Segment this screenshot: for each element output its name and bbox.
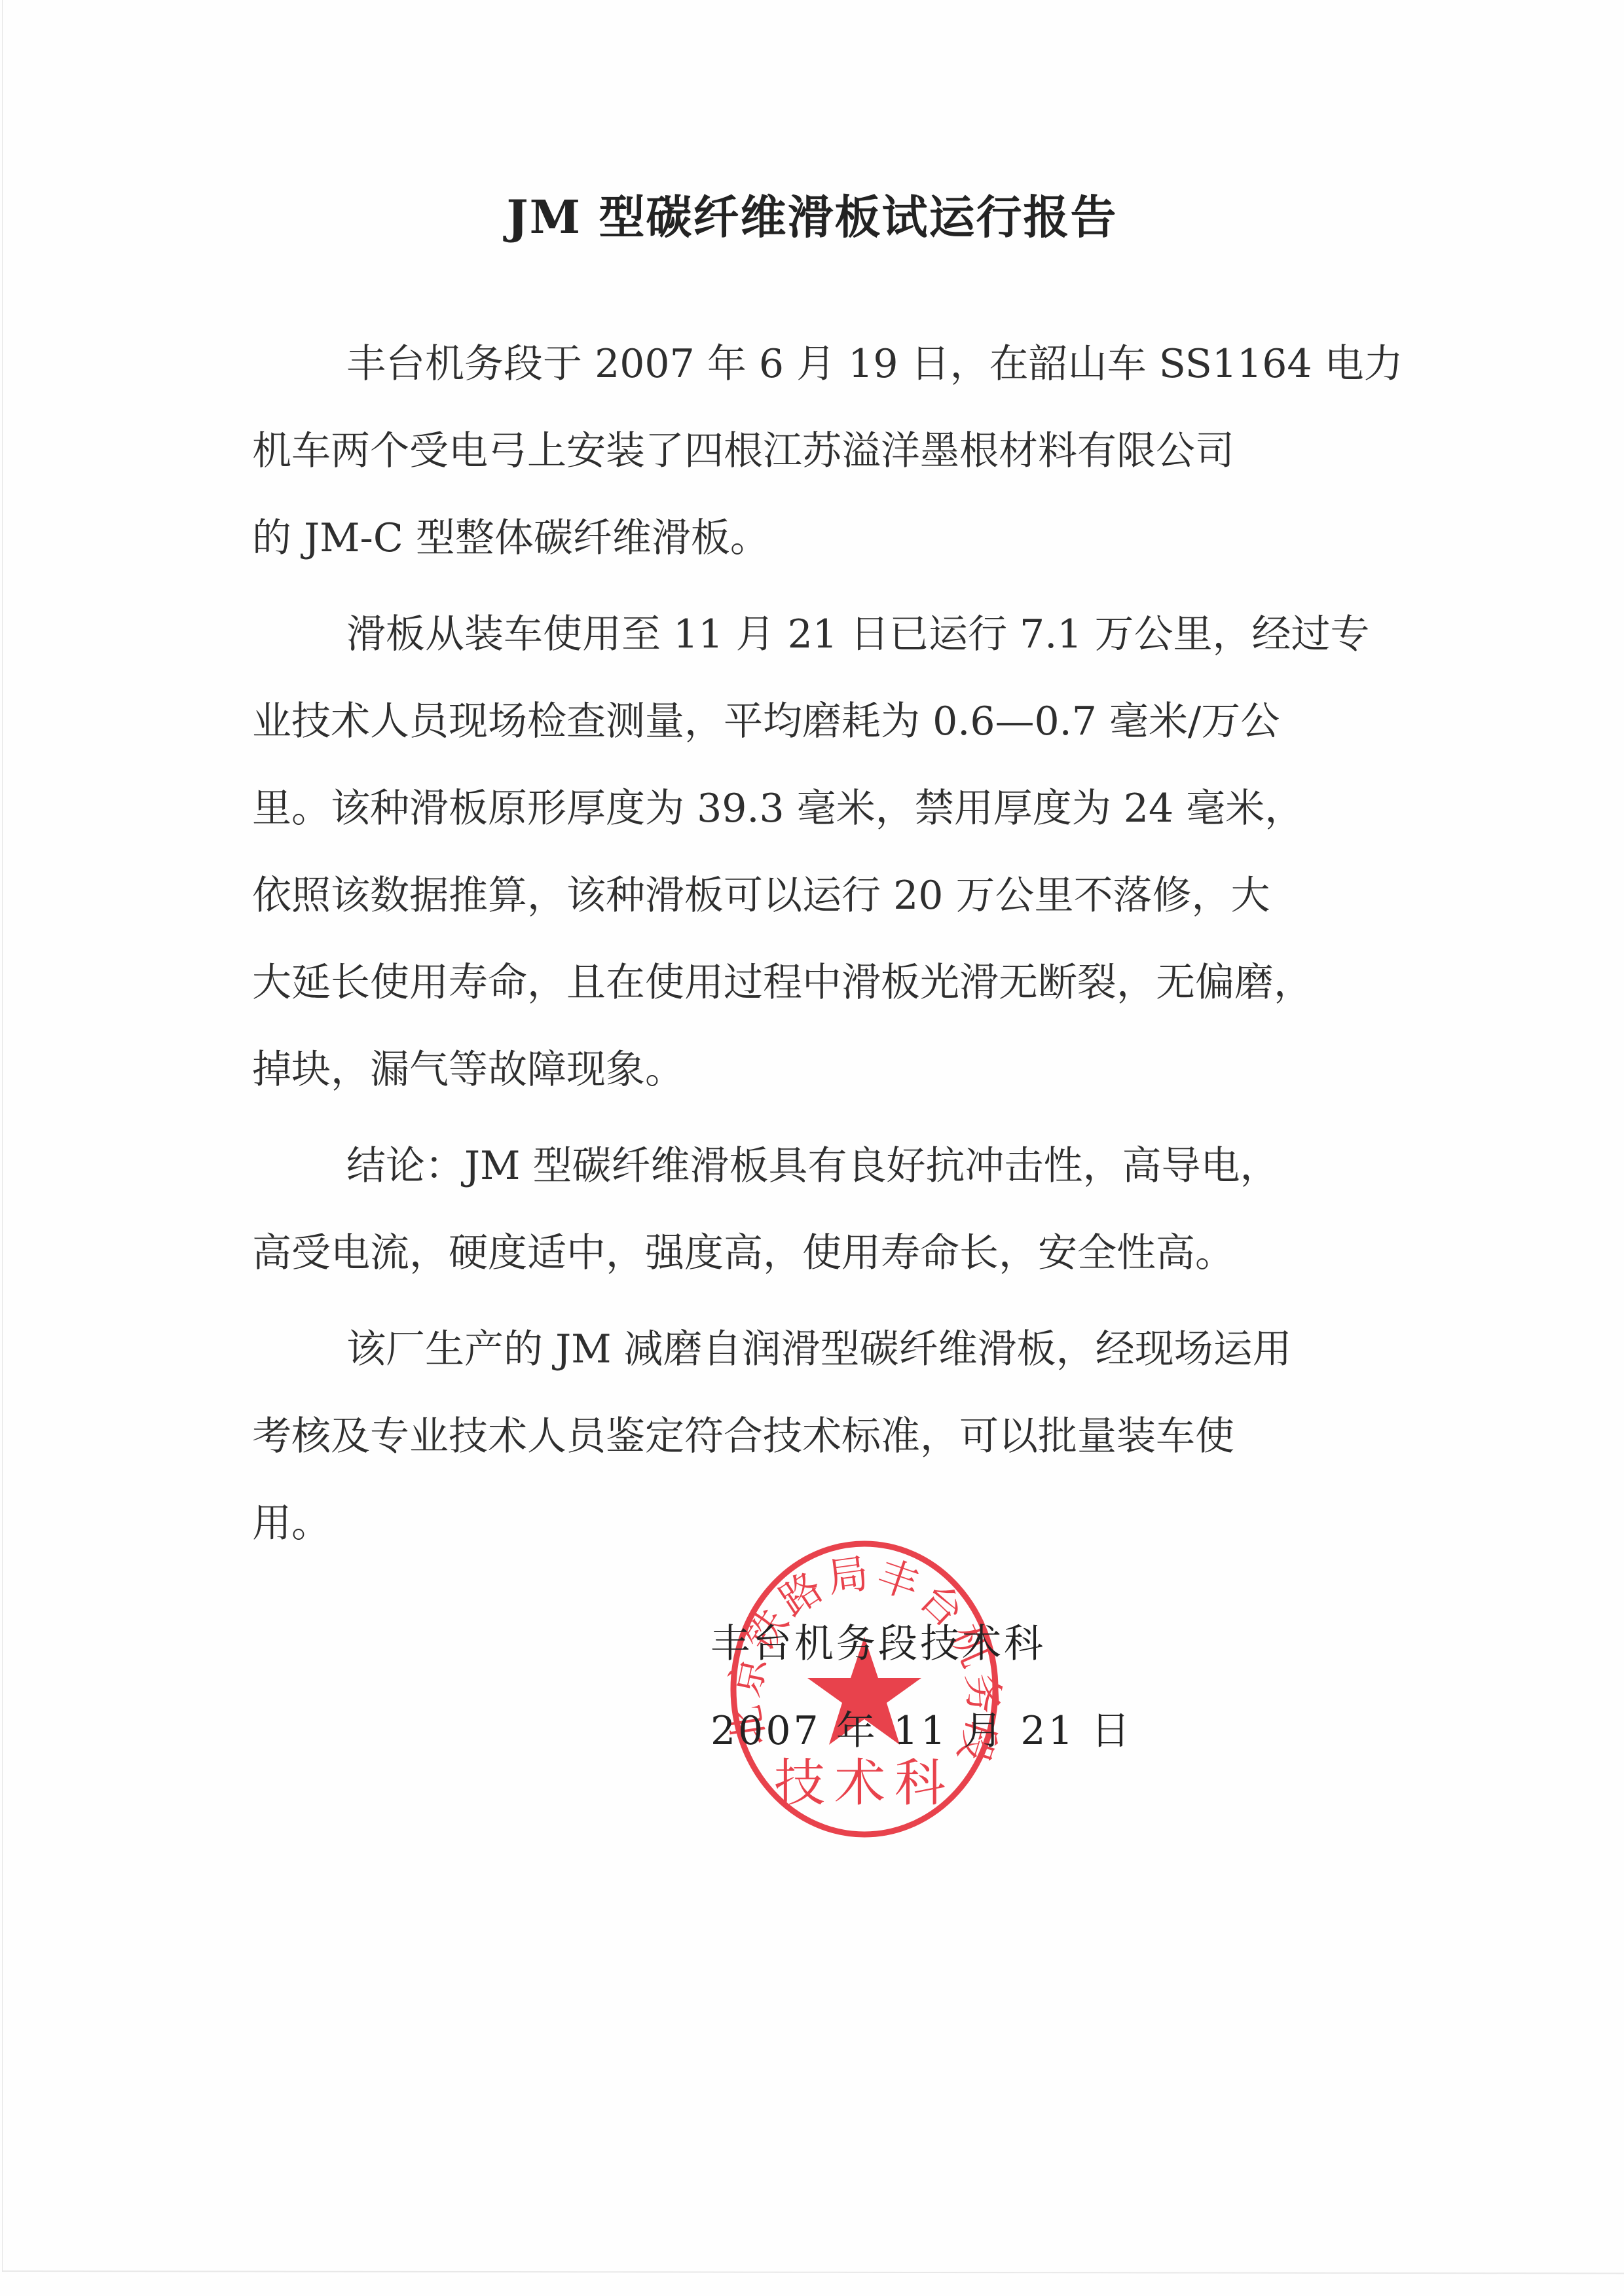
body-line: 大延长使用寿命，且在使用过程中滑板光滑无断裂，无偏磨， [252,939,1388,1027]
scan-edge-bottom [3,2270,1624,2274]
body-line: 高受电流，硬度适中，强度高，使用寿命长，安全性高。 [252,1210,1388,1297]
scan-edge-left [2,0,3,2272]
body-line: 的 JM-C 型整体碳纤维滑板。 [252,495,1388,582]
body-line: 该厂生产的 JM 减磨自润滑型碳纤维滑板，经现场运用 [252,1306,1388,1393]
paragraph-wear-results: 滑板从装车使用至 11 月 21 日已运行 7.1 万公里，经过专 业技术人员现… [252,591,1388,1114]
signature-date: 2007 年 11 月 21 日 [710,1688,1169,1775]
paragraph-installation: 丰台机务段于 2007 年 6 月 19 日，在韶山车 SS1164 电力 机车… [252,321,1388,582]
body-line: 考核及专业技术人员鉴定符合技术标准，可以批量装车使 [252,1393,1388,1480]
document-title: JM 型碳纤维滑板试运行报告 [0,191,1624,244]
body-line: 里。该种滑板原形厚度为 39.3 毫米，禁用厚度为 24 毫米， [252,765,1388,852]
body-line: 丰台机务段于 2007 年 6 月 19 日，在韶山车 SS1164 电力 [252,321,1388,408]
body-line: 滑板从装车使用至 11 月 21 日已运行 7.1 万公里，经过专 [252,591,1388,678]
document-page: JM 型碳纤维滑板试运行报告 丰台机务段于 2007 年 6 月 19 日，在韶… [0,0,1624,2296]
signature-block: 丰台机务段技术科 2007 年 11 月 21 日 [710,1601,1169,1775]
body-line: 依照该数据推算，该种滑板可以运行 20 万公里不落修，大 [252,852,1388,939]
paragraph-approval: 该厂生产的 JM 减磨自润滑型碳纤维滑板，经现场运用 考核及专业技术人员鉴定符合… [252,1306,1388,1567]
body-line: 掉块，漏气等故障现象。 [252,1027,1388,1114]
body-line: 业技术人员现场检查测量，平均磨耗为 0.6—0.7 毫米/万公 [252,678,1388,765]
document-body: 丰台机务段于 2007 年 6 月 19 日，在韶山车 SS1164 电力 机车… [252,321,1388,1567]
body-line: 结论：JM 型碳纤维滑板具有良好抗冲击性，高导电， [252,1123,1388,1210]
paragraph-conclusion: 结论：JM 型碳纤维滑板具有良好抗冲击性，高导电， 高受电流，硬度适中，强度高，… [252,1123,1388,1297]
body-line: 机车两个受电弓上安装了四根江苏溢洋墨根材料有限公司 [252,408,1388,495]
signature-organization: 丰台机务段技术科 [710,1601,1169,1688]
